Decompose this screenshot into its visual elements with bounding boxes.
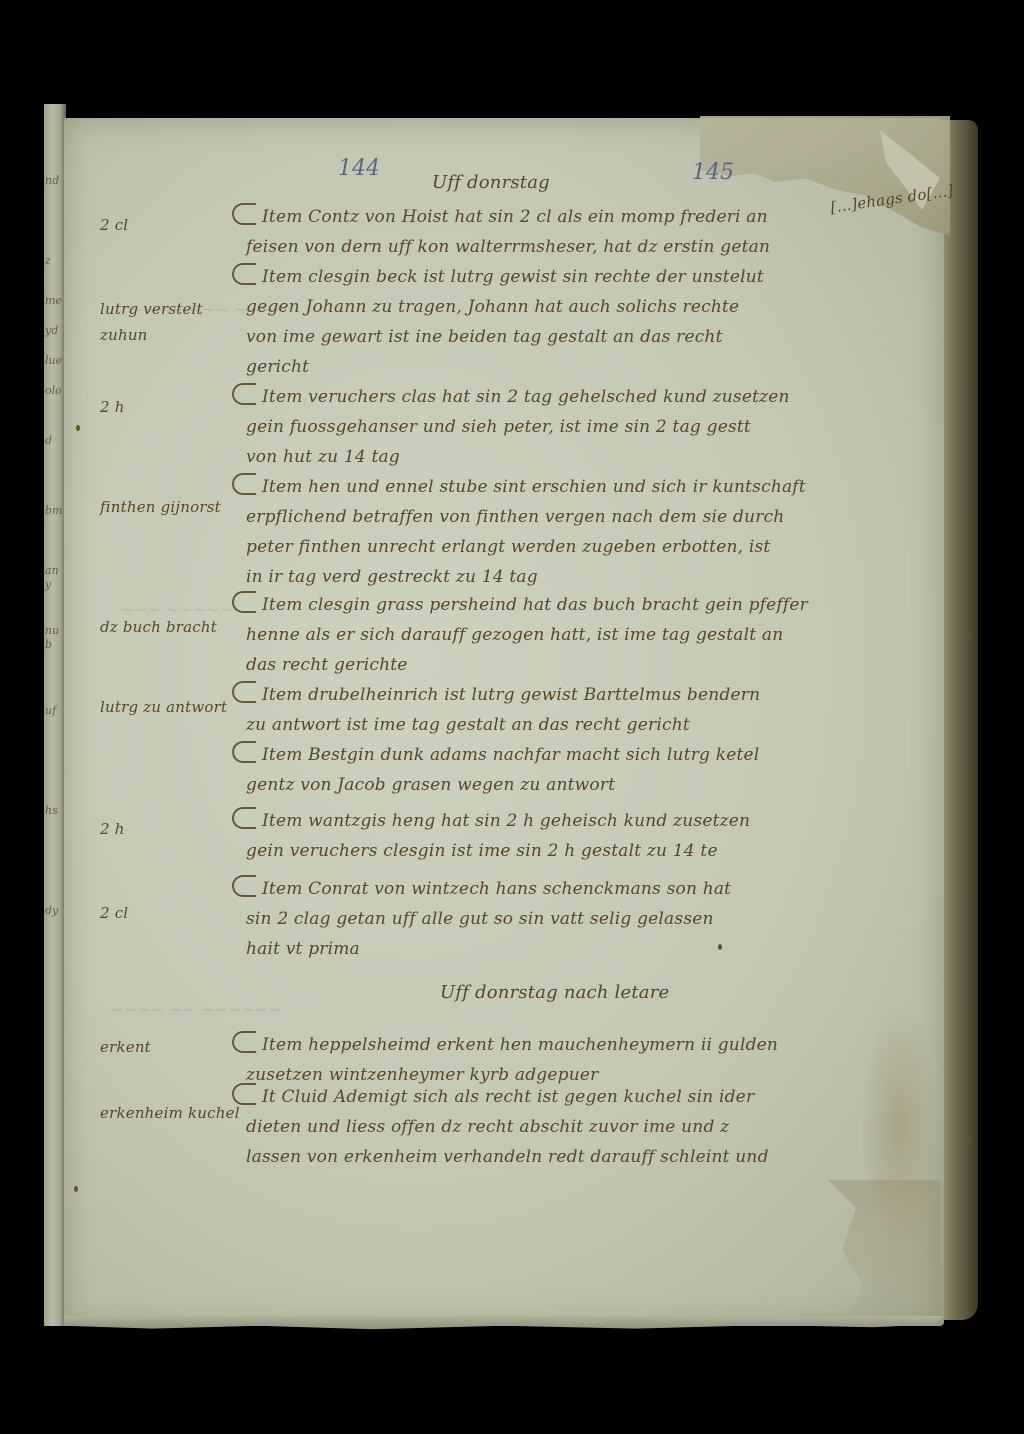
section-heading: Uff donrstag nach letare: [440, 982, 669, 1003]
entry: Item hen und ennel stube sint erschien u…: [232, 472, 912, 592]
entry-line: It Cluid Ademigt sich als recht ist gege…: [232, 1082, 912, 1112]
ink-speck: [74, 1186, 78, 1192]
entry: Item wantzgis heng hat sin 2 h geheisch …: [232, 806, 912, 866]
folio-number-old: 144: [338, 156, 380, 181]
ink-speck: [76, 425, 80, 431]
entry-line: in ir tag verd gestreckt zu 14 tag: [232, 562, 912, 592]
entry-line: Item Bestgin dunk adams nachfar macht si…: [232, 740, 912, 770]
entry: Item Conrat von wintzech hans schenckman…: [232, 874, 912, 964]
binding-strip: nd z me yd lue olo d bm any nub uf hs dy: [44, 104, 66, 1326]
binding-fragment: nd: [45, 174, 63, 188]
binding-fragment: hs: [45, 804, 63, 818]
binding-fragment: olo: [45, 384, 63, 398]
entry-line: erpflichend betraffen von finthen vergen…: [232, 502, 912, 532]
binding-fragment: z: [45, 254, 63, 268]
entry-line: henne als er sich darauff gezogen hatt, …: [232, 620, 912, 650]
binding-fragment: nub: [45, 624, 63, 652]
entry: Item clesgin beck ist lutrg gewist sin r…: [232, 262, 912, 382]
binding-fragment: me: [45, 294, 63, 308]
margin-note: lutrg verstelt zuhun: [100, 296, 240, 348]
entry-line: Item hen und ennel stube sint erschien u…: [232, 472, 912, 502]
entry-line: von ime gewart ist ine beiden tag gestal…: [232, 322, 912, 352]
binding-fragment: dy: [45, 904, 63, 918]
binding-fragment: yd: [45, 324, 63, 338]
binding-fragment: bm: [45, 504, 63, 518]
margin-note: dz buch bracht: [100, 614, 240, 640]
entry-line: das recht gerichte: [232, 650, 912, 680]
margin-note: 2 cl: [100, 212, 240, 238]
entry-line: sin 2 clag getan uff alle gut so sin vat…: [232, 904, 912, 934]
entry: Item Contz von Hoist hat sin 2 cl als ei…: [232, 202, 912, 262]
binding-fragment: any: [45, 564, 63, 592]
entry-line: Item Contz von Hoist hat sin 2 cl als ei…: [232, 202, 912, 232]
entry-line: lassen von erkenheim verhandeln redt dar…: [232, 1142, 912, 1172]
entry: Item clesgin grass persheind hat das buc…: [232, 590, 912, 680]
margin-note: erkent: [100, 1034, 240, 1060]
entry-line: Item clesgin beck ist lutrg gewist sin r…: [232, 262, 912, 292]
margin-note: lutrg zu antwort: [100, 694, 240, 720]
ink-speck: [718, 944, 722, 950]
entry-line: von hut zu 14 tag: [232, 442, 912, 472]
entry-line: hait vt prima: [232, 934, 912, 964]
entry-line: Item veruchers clas hat sin 2 tag gehels…: [232, 382, 912, 412]
binding-fragment: lue: [45, 354, 63, 368]
margin-note: 2 h: [100, 394, 240, 420]
margin-note: erkenheim kuchel: [100, 1100, 240, 1126]
entry-line: gericht: [232, 352, 912, 382]
entry-line: gein fuossgehanser und sieh peter, ist i…: [232, 412, 912, 442]
bleed-through-text: ~~~~ ~~ ~~~~~~: [110, 1000, 281, 1019]
entry-line: gentz von Jacob grasen wegen zu antwort: [232, 770, 912, 800]
margin-note: 2 cl: [100, 900, 240, 926]
folio-number-current: 145: [692, 160, 734, 185]
entry: Item drubelheinrich ist lutrg gewist Bar…: [232, 680, 912, 740]
entry-line: dieten und liess offen dz recht abschit …: [232, 1112, 912, 1142]
margin-note: 2 h: [100, 816, 240, 842]
entry-line: gein veruchers clesgin ist ime sin 2 h g…: [232, 836, 912, 866]
entry-line: Item wantzgis heng hat sin 2 h geheisch …: [232, 806, 912, 836]
entry-line: zu antwort ist ime tag gestalt an das re…: [232, 710, 912, 740]
margin-note: finthen gijnorst: [100, 494, 240, 520]
entry: It Cluid Ademigt sich als recht ist gege…: [232, 1082, 912, 1172]
entry-line: Item clesgin grass persheind hat das buc…: [232, 590, 912, 620]
entry-line: Item Conrat von wintzech hans schenckman…: [232, 874, 912, 904]
entry-line: peter finthen unrecht erlangt werden zug…: [232, 532, 912, 562]
binding-fragment: uf: [45, 704, 63, 718]
entry-line: Item heppelsheimd erkent hen mauchenheym…: [232, 1030, 912, 1060]
entry-line: gegen Johann zu tragen, Johann hat auch …: [232, 292, 912, 322]
entry-line: feisen von dern uff kon walterrmsheser, …: [232, 232, 912, 262]
section-heading: Uff donrstag: [432, 172, 550, 193]
entry: Item heppelsheimd erkent hen mauchenheym…: [232, 1030, 912, 1090]
entry-line: Item drubelheinrich ist lutrg gewist Bar…: [232, 680, 912, 710]
entry: Item veruchers clas hat sin 2 tag gehels…: [232, 382, 912, 472]
entry: Item Bestgin dunk adams nachfar macht si…: [232, 740, 912, 800]
binding-fragment: d: [45, 434, 63, 448]
